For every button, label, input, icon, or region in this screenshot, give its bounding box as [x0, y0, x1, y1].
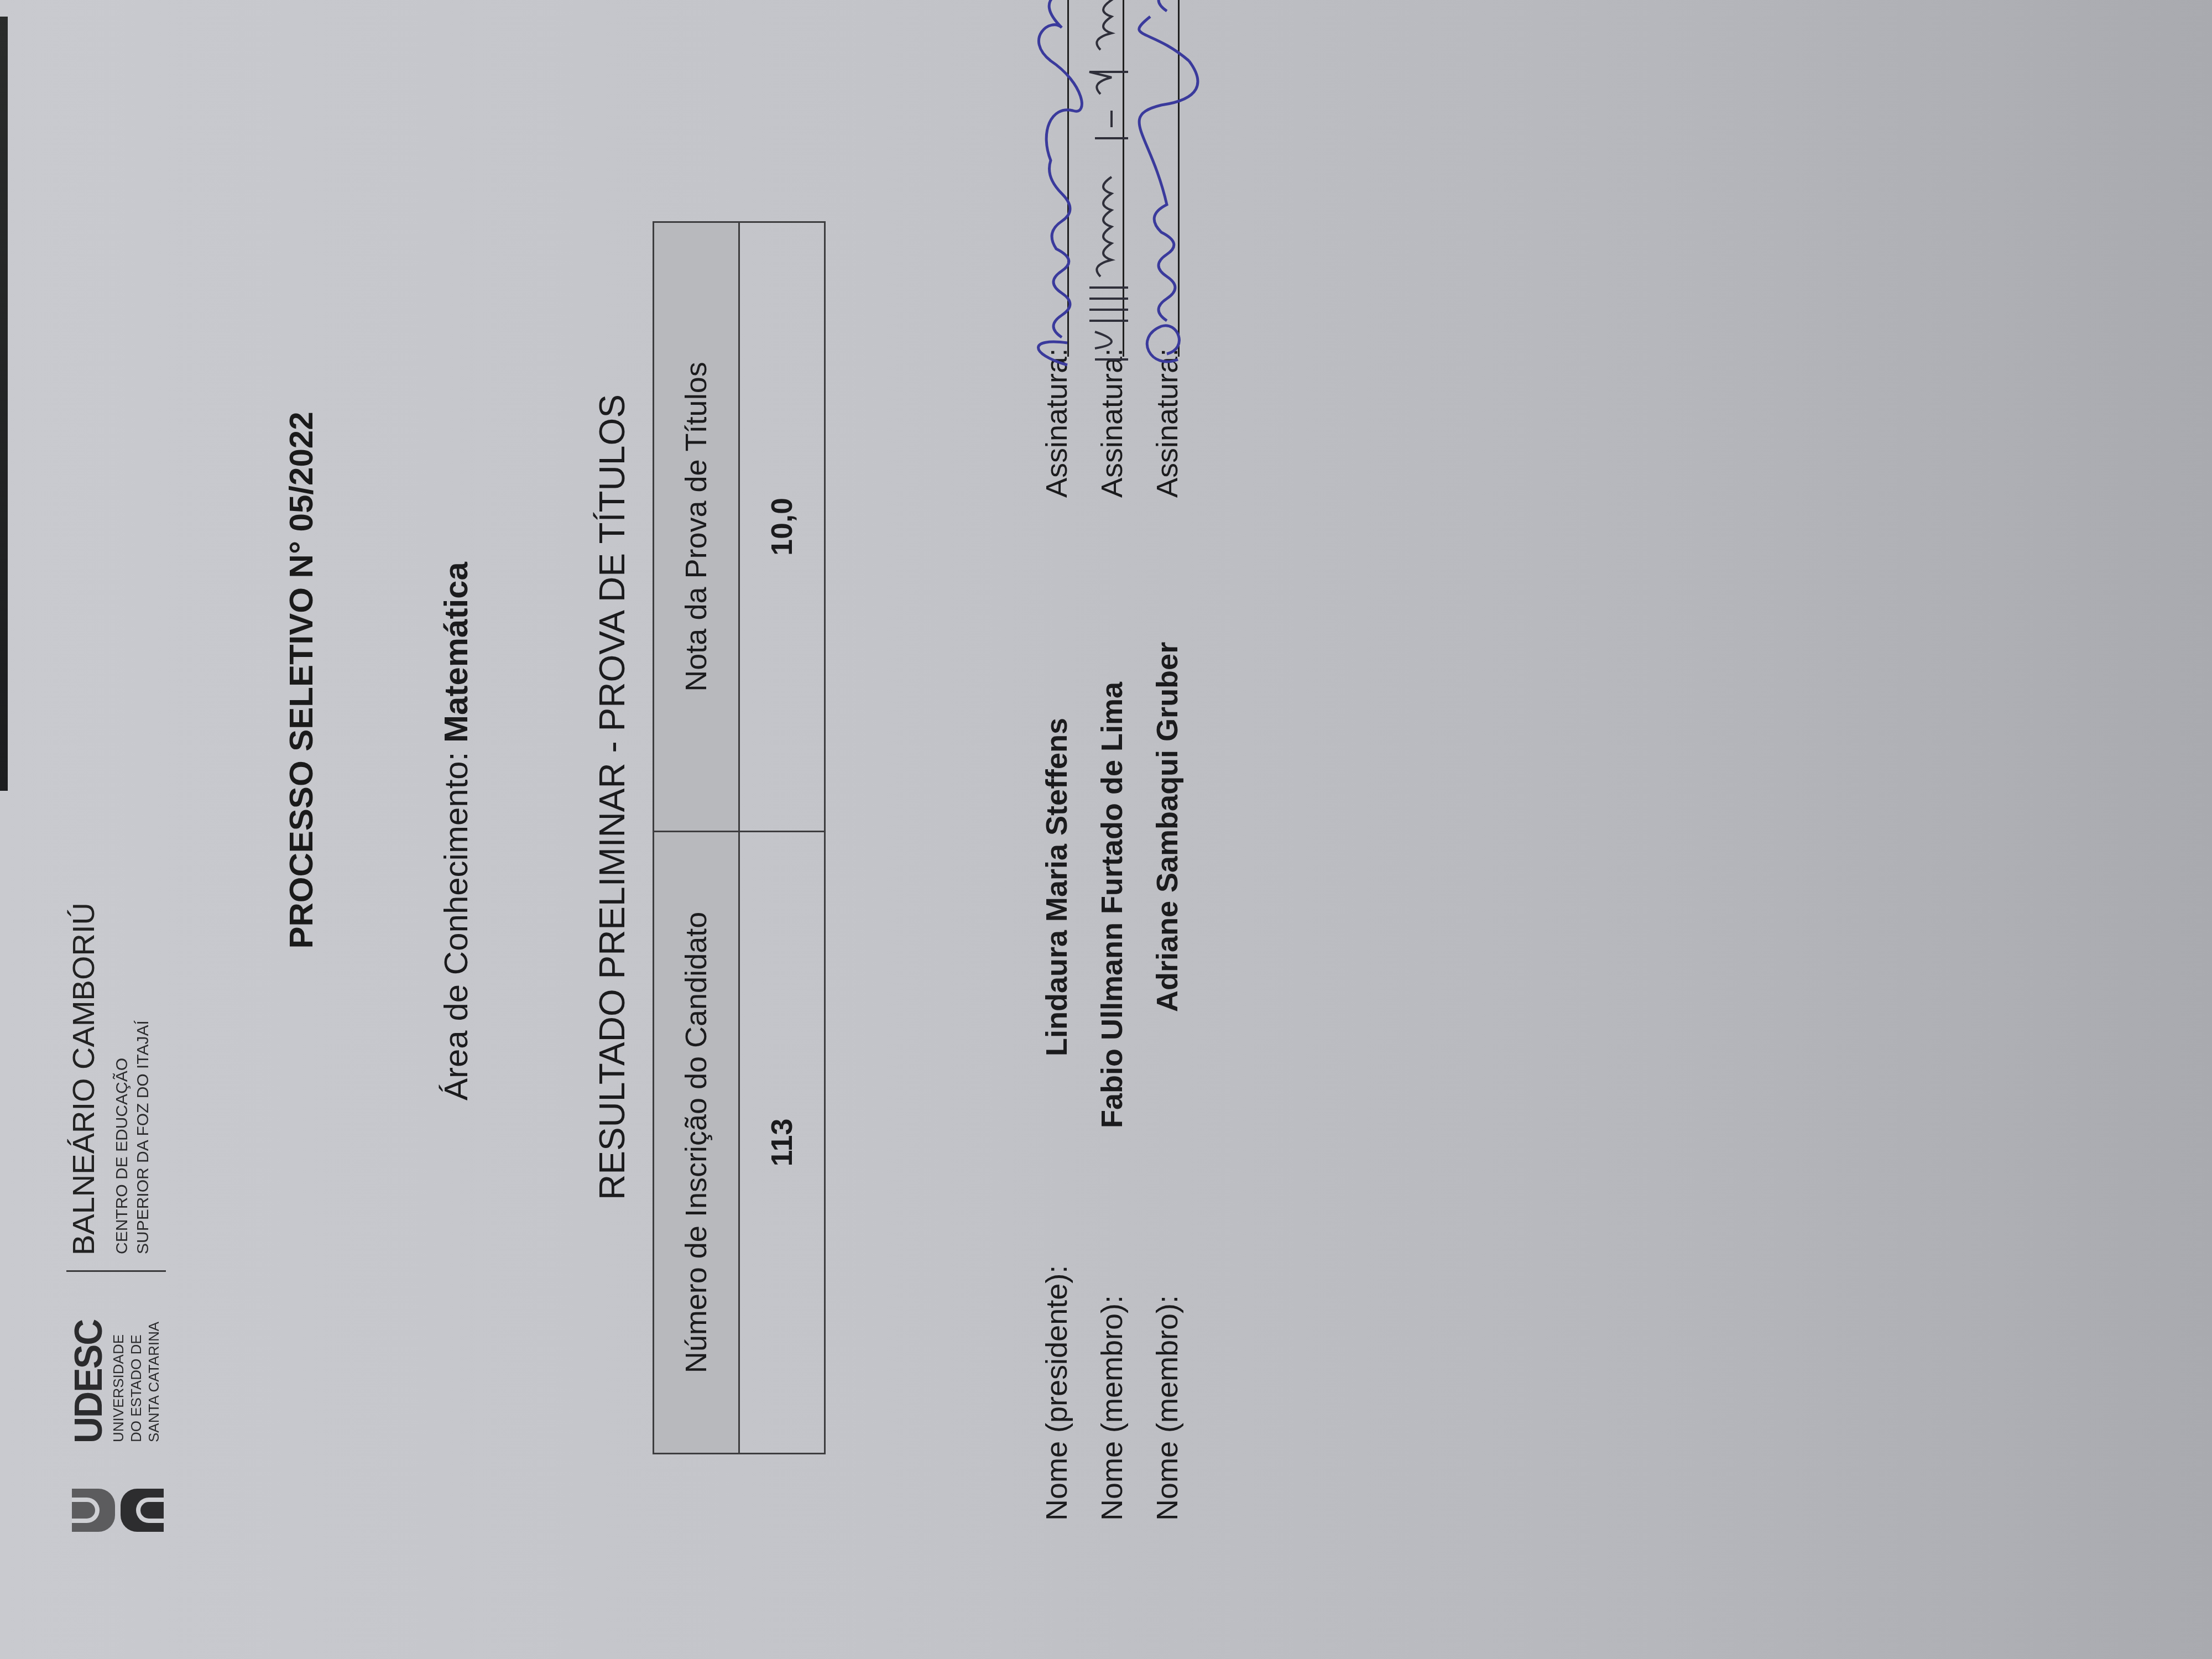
logo-divider: [66, 1270, 166, 1272]
member-name: Fabio Ullmann Furtado de Lima: [1095, 682, 1129, 1128]
knowledge-area-label: Área de Conhecimento:: [437, 752, 474, 1100]
signature-label: Assinatura:: [1150, 348, 1185, 498]
logo-subtitle: UNIVERSIDADE DO ESTADO DE SANTA CATARINA: [109, 1322, 163, 1442]
table-row: 113 10,0: [739, 222, 825, 1454]
member-role: Nome (membro):: [1150, 1295, 1185, 1521]
udesc-logo-icon: [72, 1438, 166, 1532]
signature-label: Assinatura:: [1040, 348, 1074, 498]
column-header-registration: Número de Inscrição do Candidato: [654, 832, 739, 1454]
signature-label: Assinatura:: [1095, 348, 1129, 498]
table-header-row: Número de Inscrição do Candidato Nota da…: [654, 222, 739, 1454]
evaluation-committee: Nome (presidente): Lindaura Maria Steffe…: [1040, 0, 1206, 1521]
member-role: Nome (presidente):: [1040, 1265, 1074, 1521]
logo-wordmark: UDESC: [66, 1320, 111, 1443]
member-name: Adriane Sambaqui Gruber: [1150, 642, 1185, 1012]
member-name: Lindaura Maria Steffens: [1040, 718, 1074, 1056]
knowledge-area: Área de Conhecimento: Matemática: [437, 562, 475, 1100]
column-header-score: Nota da Prova de Títulos: [654, 222, 739, 832]
signature-icon: [1128, 0, 1206, 371]
committee-member: Nome (membro): Adriane Sambaqui Gruber A…: [1150, 0, 1206, 1521]
campus-name: BALNEÁRIO CAMBORIÚ: [65, 902, 101, 1255]
knowledge-area-value: Matemática: [437, 562, 474, 743]
document-page: UDESC UNIVERSIDADE DO ESTADO DE SANTA CA…: [0, 0, 2212, 1659]
member-role: Nome (membro):: [1095, 1295, 1129, 1521]
results-table: Número de Inscrição do Candidato Nota da…: [653, 221, 826, 1454]
cell-score: 10,0: [739, 222, 825, 832]
cell-registration: 113: [739, 832, 825, 1454]
process-title: PROCESSO SELETIVO N° 05/2022: [282, 0, 320, 1659]
result-title: RESULTADO PRELIMINAR - PROVA DE TÍTULOS: [592, 394, 633, 1200]
institution-header: UDESC UNIVERSIDADE DO ESTADO DE SANTA CA…: [61, 868, 171, 1532]
campus-subtitle: CENTRO DE EDUCAÇÃO SUPERIOR DA FOZ DO IT…: [112, 1020, 154, 1254]
